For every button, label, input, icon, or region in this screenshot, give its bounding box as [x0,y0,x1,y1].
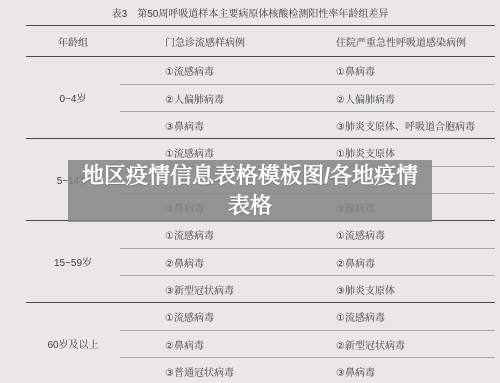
watermark-text-line2: 表格 [68,191,432,221]
age-label: 0~4岁 [26,57,120,138]
table-figure: 表3 第50周呼吸道样本主要病原体核酸检测阳性率年龄组差异 年龄组 门急诊流感样… [0,0,500,383]
cell-outpatient-rank3: ③鼻病毒 [120,118,330,133]
table-row: ①流感病毒 ①流感病毒 [120,303,495,330]
cell-outpatient-rank3: ③新型冠状病毒 [120,282,330,297]
cell-hospitalized-rank2: ②新型冠状病毒 [330,337,495,352]
cell-outpatient-rank1: ①流感病毒 [120,145,330,160]
table-row: ③普通冠状病毒 ③鼻病毒 [120,357,495,383]
cell-hospitalized-rank3: ③鼻病毒 [330,364,495,379]
cell-outpatient-rank1: ①流感病毒 [120,63,330,78]
table-row: ②鼻病毒 ②新型冠状病毒 [120,330,495,357]
rank-rows: ①流感病毒 ①鼻病毒 ②人偏肺病毒 ②人偏肺病毒 ③鼻病毒 ③肺炎支原体、呼吸道… [120,57,495,138]
table-row: ①流感病毒 ①流感病毒 [120,221,495,248]
rank-rows: ①流感病毒 ①流感病毒 ②鼻病毒 ②新型冠状病毒 ③普通冠状病毒 ③鼻病毒 [120,303,495,383]
cell-outpatient-rank1: ①流感病毒 [120,309,330,324]
age-label: 15~59岁 [26,221,120,302]
cell-outpatient-rank3: ③普通冠状病毒 [120,364,330,379]
cell-hospitalized-rank2: ②人偏肺病毒 [330,91,495,106]
table-row: ②鼻病毒 ②鼻病毒 [120,248,495,275]
table-row-group-15-59: 15~59岁 ①流感病毒 ①流感病毒 ②鼻病毒 ②鼻病毒 ③新型冠状病毒 ③肺炎… [26,221,495,303]
cell-hospitalized-rank3: ③肺炎支原体、呼吸道合胞病毒 [330,118,495,133]
rank-rows: ①流感病毒 ①流感病毒 ②鼻病毒 ②鼻病毒 ③新型冠状病毒 ③肺炎支原体 [120,221,495,302]
cell-hospitalized-rank1: ①肺炎支原体 [330,145,495,160]
cell-hospitalized-rank2: ②鼻病毒 [330,255,495,270]
cell-outpatient-rank2: ②鼻病毒 [120,337,330,352]
table-row: ③鼻病毒 ③肺炎支原体、呼吸道合胞病毒 [120,111,495,138]
table-row-group-60plus: 60岁及以上 ①流感病毒 ①流感病毒 ②鼻病毒 ②新型冠状病毒 ③普通冠状病毒 … [26,303,495,383]
watermark-banner: 地区疫情信息表格模板图/各地疫情 表格 [68,160,432,222]
watermark-text-line1: 地区疫情信息表格模板图/各地疫情 [68,161,432,191]
header-hospitalized: 住院严重急性呼吸道感染病例 [330,34,495,49]
cell-hospitalized-rank1: ①流感病毒 [330,309,495,324]
cell-hospitalized-rank1: ①鼻病毒 [330,63,495,78]
table-row: ①流感病毒 ①鼻病毒 [120,57,495,84]
table-header-row: 年龄组 门急诊流感样病例 住院严重急性呼吸道感染病例 [26,25,495,57]
table-row: ③新型冠状病毒 ③肺炎支原体 [120,275,495,302]
table-row: ②人偏肺病毒 ②人偏肺病毒 [120,84,495,111]
header-outpatient: 门急诊流感样病例 [120,34,330,49]
cell-outpatient-rank2: ②鼻病毒 [120,255,330,270]
cell-outpatient-rank2: ②人偏肺病毒 [120,91,330,106]
cell-hospitalized-rank3: ③肺炎支原体 [330,282,495,297]
header-age-group: 年龄组 [26,34,120,49]
figure-title: 表3 第50周呼吸道样本主要病原体核酸检测阳性率年龄组差异 [0,5,500,20]
cell-hospitalized-rank1: ①流感病毒 [330,227,495,242]
cell-outpatient-rank1: ①流感病毒 [120,227,330,242]
age-label: 60岁及以上 [26,303,120,383]
table-row-group-0-4: 0~4岁 ①流感病毒 ①鼻病毒 ②人偏肺病毒 ②人偏肺病毒 ③鼻病毒 ③肺炎支原… [26,57,495,139]
